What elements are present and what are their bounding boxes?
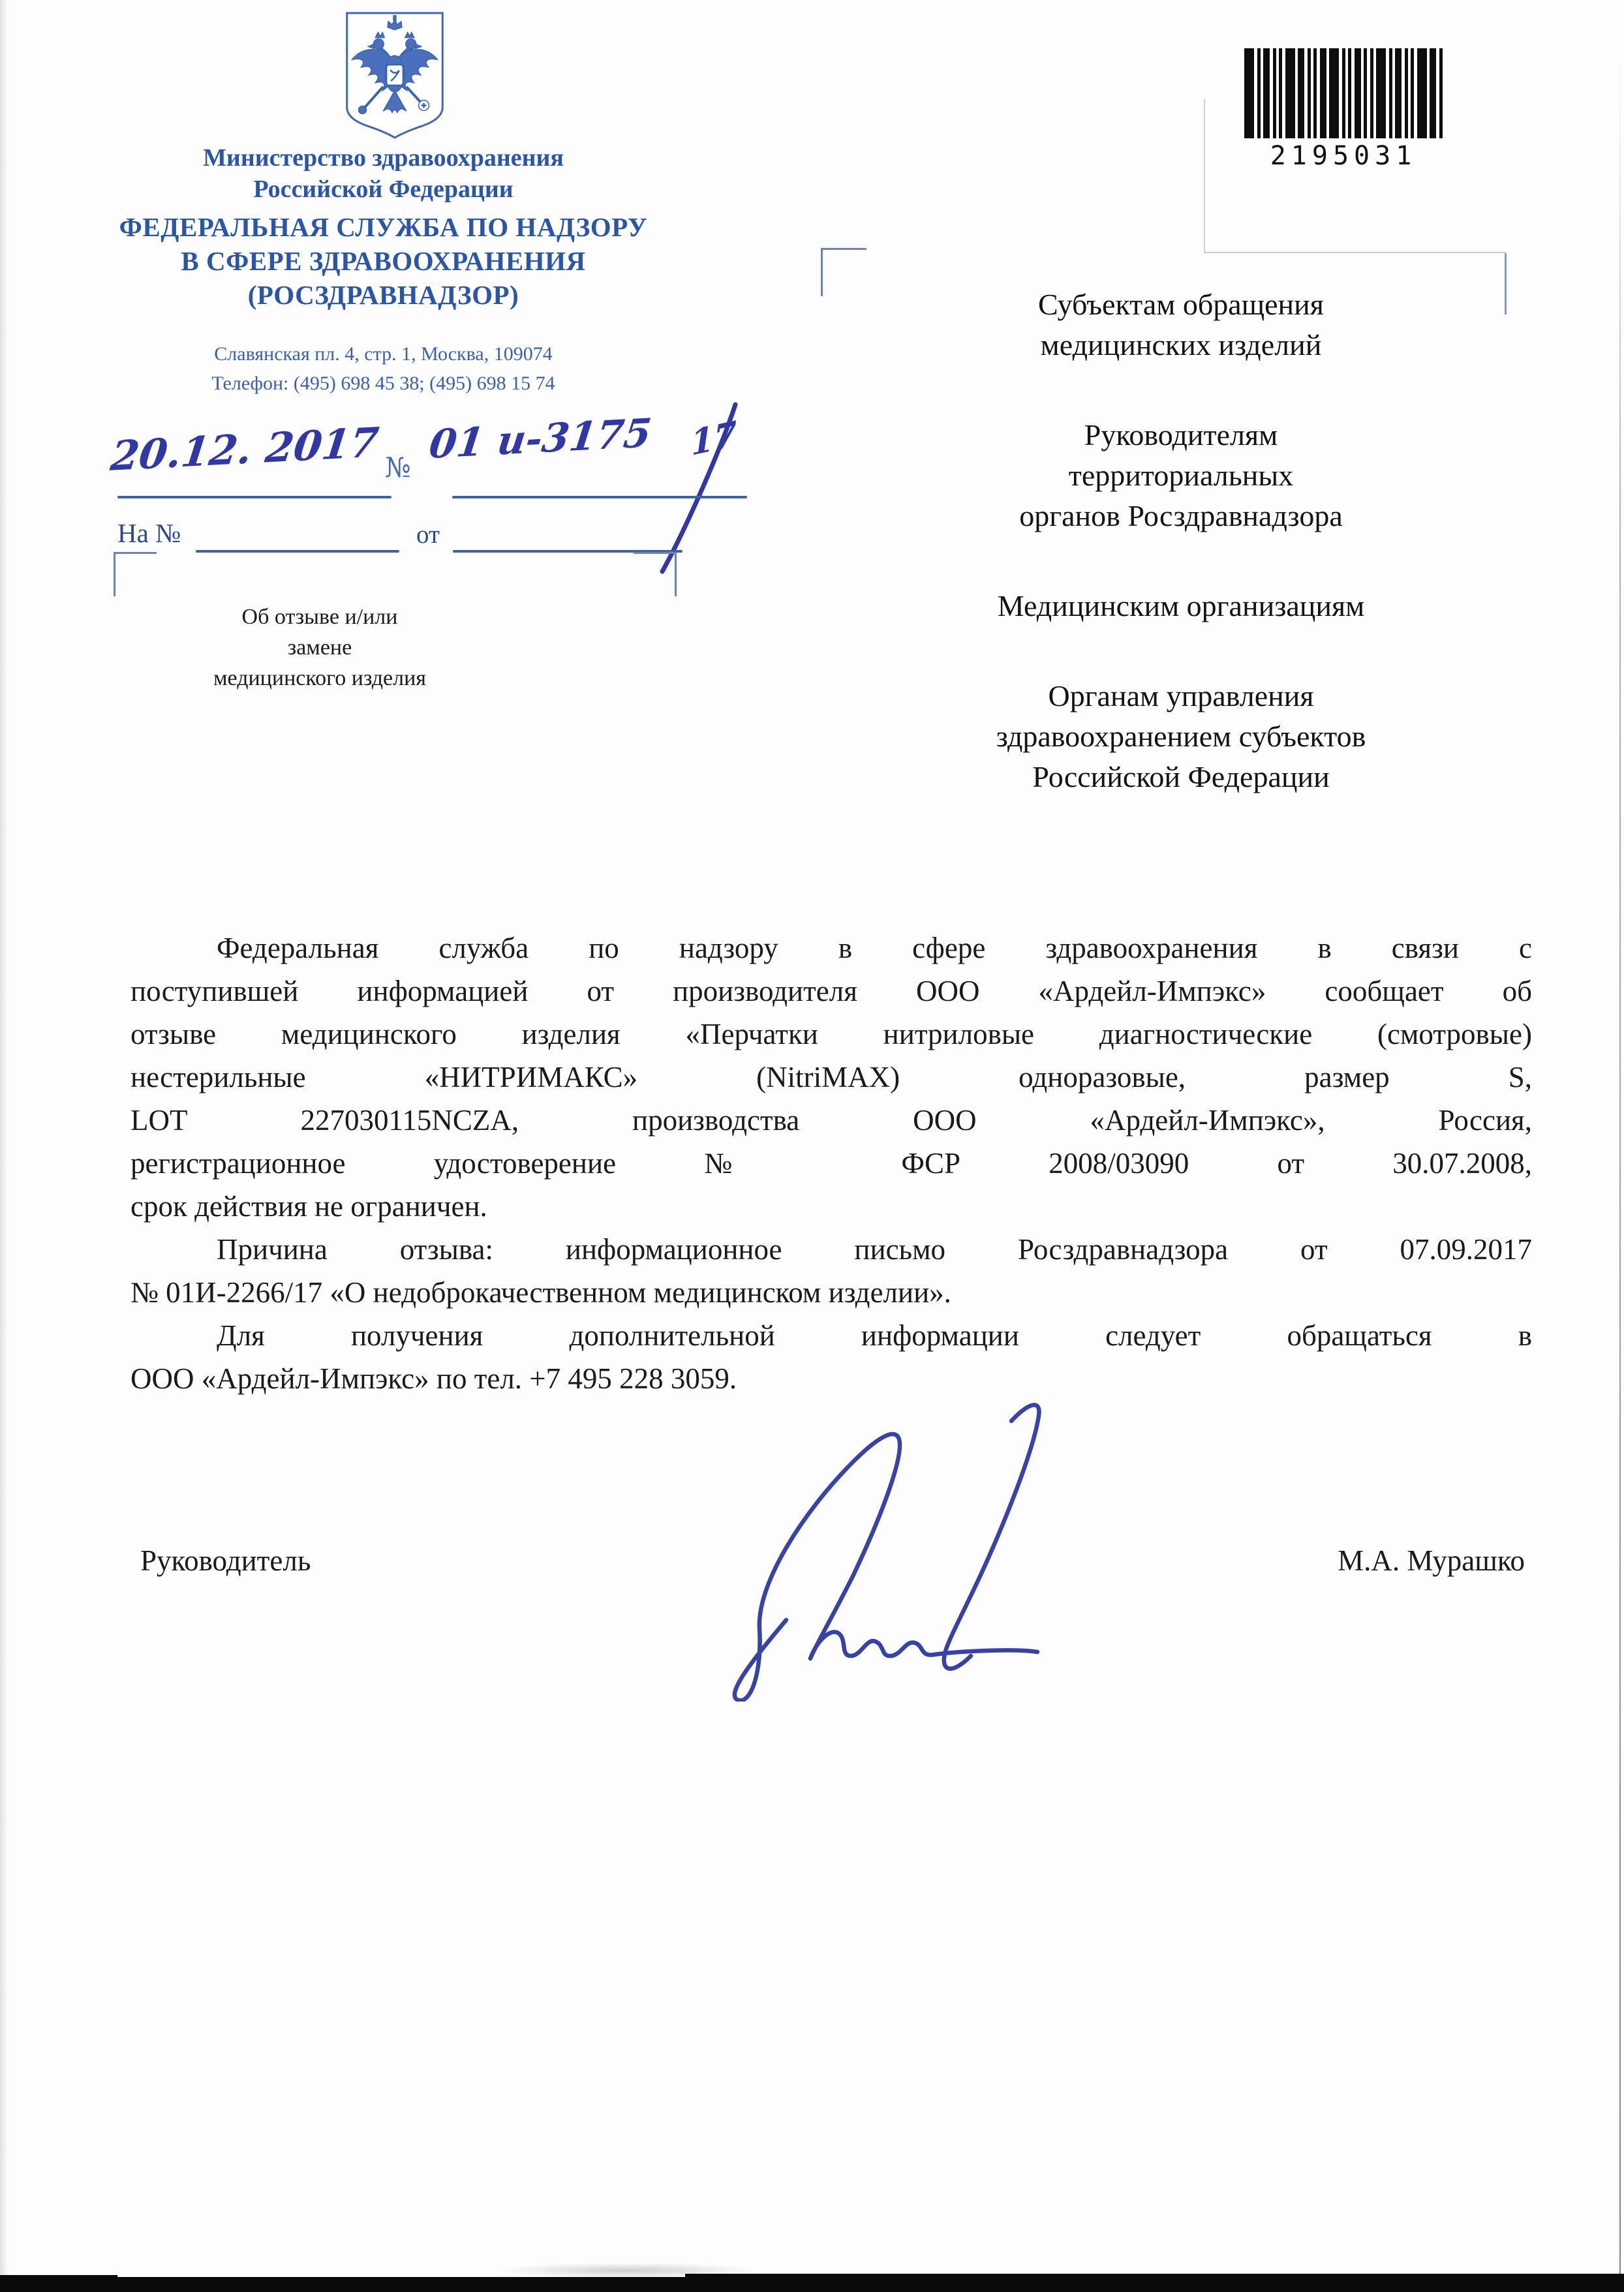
subject-line2: медицинского изделия bbox=[210, 663, 429, 694]
barcode-bar bbox=[1405, 48, 1408, 138]
handwritten-number: 01 и-3175 bbox=[427, 410, 654, 468]
scan-edge-right bbox=[1619, 59, 1621, 2277]
recipient-line: Медицинским организациям bbox=[927, 586, 1435, 626]
registration-barcode: 2195031 bbox=[1242, 48, 1445, 171]
scan-border-bottom bbox=[0, 2277, 1624, 2292]
barcode-bar bbox=[1364, 48, 1367, 138]
russia-coat-of-arms-icon bbox=[343, 10, 447, 140]
recipients-block: Субъектам обращениямедицинских изделийРу… bbox=[927, 284, 1435, 847]
reply-number-underline bbox=[196, 550, 399, 553]
recipient-line: здравоохранением субъектов bbox=[927, 716, 1435, 757]
barcode-number: 2195031 bbox=[1242, 141, 1445, 171]
scan-border-bottom-accent bbox=[685, 2274, 1624, 2279]
recipient-line: медицинских изделий bbox=[927, 325, 1435, 365]
ministry-name: Министерство здравоохранения Российской … bbox=[88, 142, 679, 205]
recipient-line: Руководителям bbox=[927, 415, 1435, 455]
recipient-line: Субъектам обращения bbox=[927, 284, 1435, 325]
body-line-5: LOT 227030115NCZA, производства ООО «Ард… bbox=[130, 1099, 1532, 1142]
date-underline bbox=[117, 496, 391, 498]
number-sign-label: № bbox=[385, 451, 411, 483]
barcode-bar bbox=[1348, 48, 1351, 138]
service-name-line2: В СФЕРЕ ЗДРАВООХРАНЕНИЯ bbox=[88, 244, 679, 278]
barcode-bars bbox=[1242, 48, 1445, 138]
address-corner-left-horizontal bbox=[821, 248, 866, 250]
body-line-3: отзыве медицинского изделия «Перчатки ни… bbox=[130, 1013, 1532, 1056]
reply-number-label: На № bbox=[117, 517, 181, 549]
signer-position-title: Руководитель bbox=[140, 1544, 311, 1578]
letter-body: Федеральная служба по надзору в сфере зд… bbox=[130, 926, 1532, 1400]
barcode-bar bbox=[1329, 48, 1339, 138]
recipient-group-2: Руководителямтерриториальныхорганов Росз… bbox=[927, 415, 1435, 536]
signer-name: М.А. Мурашко bbox=[1338, 1544, 1525, 1578]
body-line-9: № 01И-2266/17 «О недоброкачественном мед… bbox=[130, 1271, 1532, 1314]
recipient-line: органов Росздравнадзора bbox=[927, 496, 1435, 536]
body-line-1: Федеральная служба по надзору в сфере зд… bbox=[130, 926, 1532, 970]
scanned-letter-page: Министерство здравоохранения Российской … bbox=[0, 0, 1624, 2292]
ministry-name-line1: Министерство здравоохранения bbox=[88, 142, 679, 174]
address-corner-right-vertical bbox=[1505, 253, 1507, 314]
barcode-bar bbox=[1279, 48, 1282, 138]
body-line-4: нестерильные «НИТРИМАКС» (NitriMAX) одно… bbox=[130, 1056, 1532, 1099]
body-line-2: поступившей информацией от производителя… bbox=[130, 970, 1532, 1013]
barcode-bar bbox=[1313, 48, 1317, 138]
address-corner-left-vertical bbox=[821, 248, 823, 296]
letterhead-contacts: Славянская пл. 4, стр. 1, Москва, 109074… bbox=[88, 339, 679, 398]
barcode-bar bbox=[1417, 48, 1427, 138]
barcode-bar bbox=[1411, 48, 1414, 138]
barcode-bar bbox=[1257, 48, 1261, 138]
subject-corner-right-horizontal bbox=[634, 552, 677, 554]
subject-corner-left-vertical bbox=[114, 552, 115, 596]
barcode-bar bbox=[1376, 48, 1386, 138]
barcode-bar bbox=[1308, 48, 1311, 138]
recipient-group-1: Субъектам обращениямедицинских изделий bbox=[927, 284, 1435, 365]
recipient-group-4: Органам управленияздравоохранением субъе… bbox=[927, 676, 1435, 797]
barcode-bar bbox=[1298, 48, 1304, 138]
barcode-bar bbox=[1430, 48, 1436, 138]
barcode-bar bbox=[1342, 48, 1345, 138]
barcode-bar bbox=[1395, 48, 1402, 138]
barcode-bar bbox=[1285, 48, 1295, 138]
signature-scribble bbox=[646, 1388, 1090, 1702]
reply-from-label: от bbox=[416, 520, 440, 549]
recipient-line: территориальных bbox=[927, 455, 1435, 496]
handwritten-slash-stroke bbox=[623, 390, 767, 586]
scan-border-bottom-accent bbox=[0, 2275, 117, 2279]
number-underline bbox=[452, 496, 747, 498]
subject-line1: Об отзыве и/или замене bbox=[210, 602, 429, 663]
barcode-bar bbox=[1273, 48, 1276, 138]
body-line-8: Причина отзыва: информационное письмо Ро… bbox=[130, 1228, 1532, 1271]
recipient-line: Российской Федерации bbox=[927, 757, 1435, 797]
scan-edge-left bbox=[0, 0, 8, 2292]
barcode-bar bbox=[1320, 48, 1326, 138]
handwritten-date: 20.12. 2017 bbox=[108, 418, 381, 480]
body-line-6: регистрационное удостоверение № ФСР 2008… bbox=[130, 1142, 1532, 1185]
letterhead-address: Славянская пл. 4, стр. 1, Москва, 109074 bbox=[88, 339, 679, 369]
recipient-line: Органам управления bbox=[927, 676, 1435, 716]
letterhead-phone: Телефон: (495) 698 45 38; (495) 698 15 7… bbox=[88, 369, 679, 398]
barcode-bar bbox=[1370, 48, 1373, 138]
service-name: ФЕДЕРАЛЬНАЯ СЛУЖБА ПО НАДЗОРУ В СФЕРЕ ЗД… bbox=[88, 210, 679, 312]
subject-block: Об отзыве и/или замене медицинского изде… bbox=[210, 602, 429, 694]
ministry-name-line2: Российской Федерации bbox=[88, 174, 679, 205]
barcode-bar bbox=[1389, 48, 1392, 138]
body-line-7: срок действия не ограничен. bbox=[130, 1185, 1532, 1228]
subject-corner-left-horizontal bbox=[114, 552, 157, 554]
barcode-bar bbox=[1439, 48, 1443, 138]
barcode-bar bbox=[1244, 48, 1254, 138]
recipient-group-3: Медицинским организациям bbox=[927, 586, 1435, 626]
service-name-line3: (РОСЗДРАВНАДЗОР) bbox=[88, 278, 679, 312]
body-line-10: Для получения дополнительной информации … bbox=[130, 1314, 1532, 1357]
barcode-bar bbox=[1355, 48, 1361, 138]
subject-corner-right-vertical bbox=[675, 552, 677, 596]
stamp-field-bottom-line bbox=[1204, 252, 1506, 253]
barcode-bar bbox=[1263, 48, 1270, 138]
service-name-line1: ФЕДЕРАЛЬНАЯ СЛУЖБА ПО НАДЗОРУ bbox=[88, 210, 679, 244]
stamp-field-left-line bbox=[1204, 99, 1205, 253]
